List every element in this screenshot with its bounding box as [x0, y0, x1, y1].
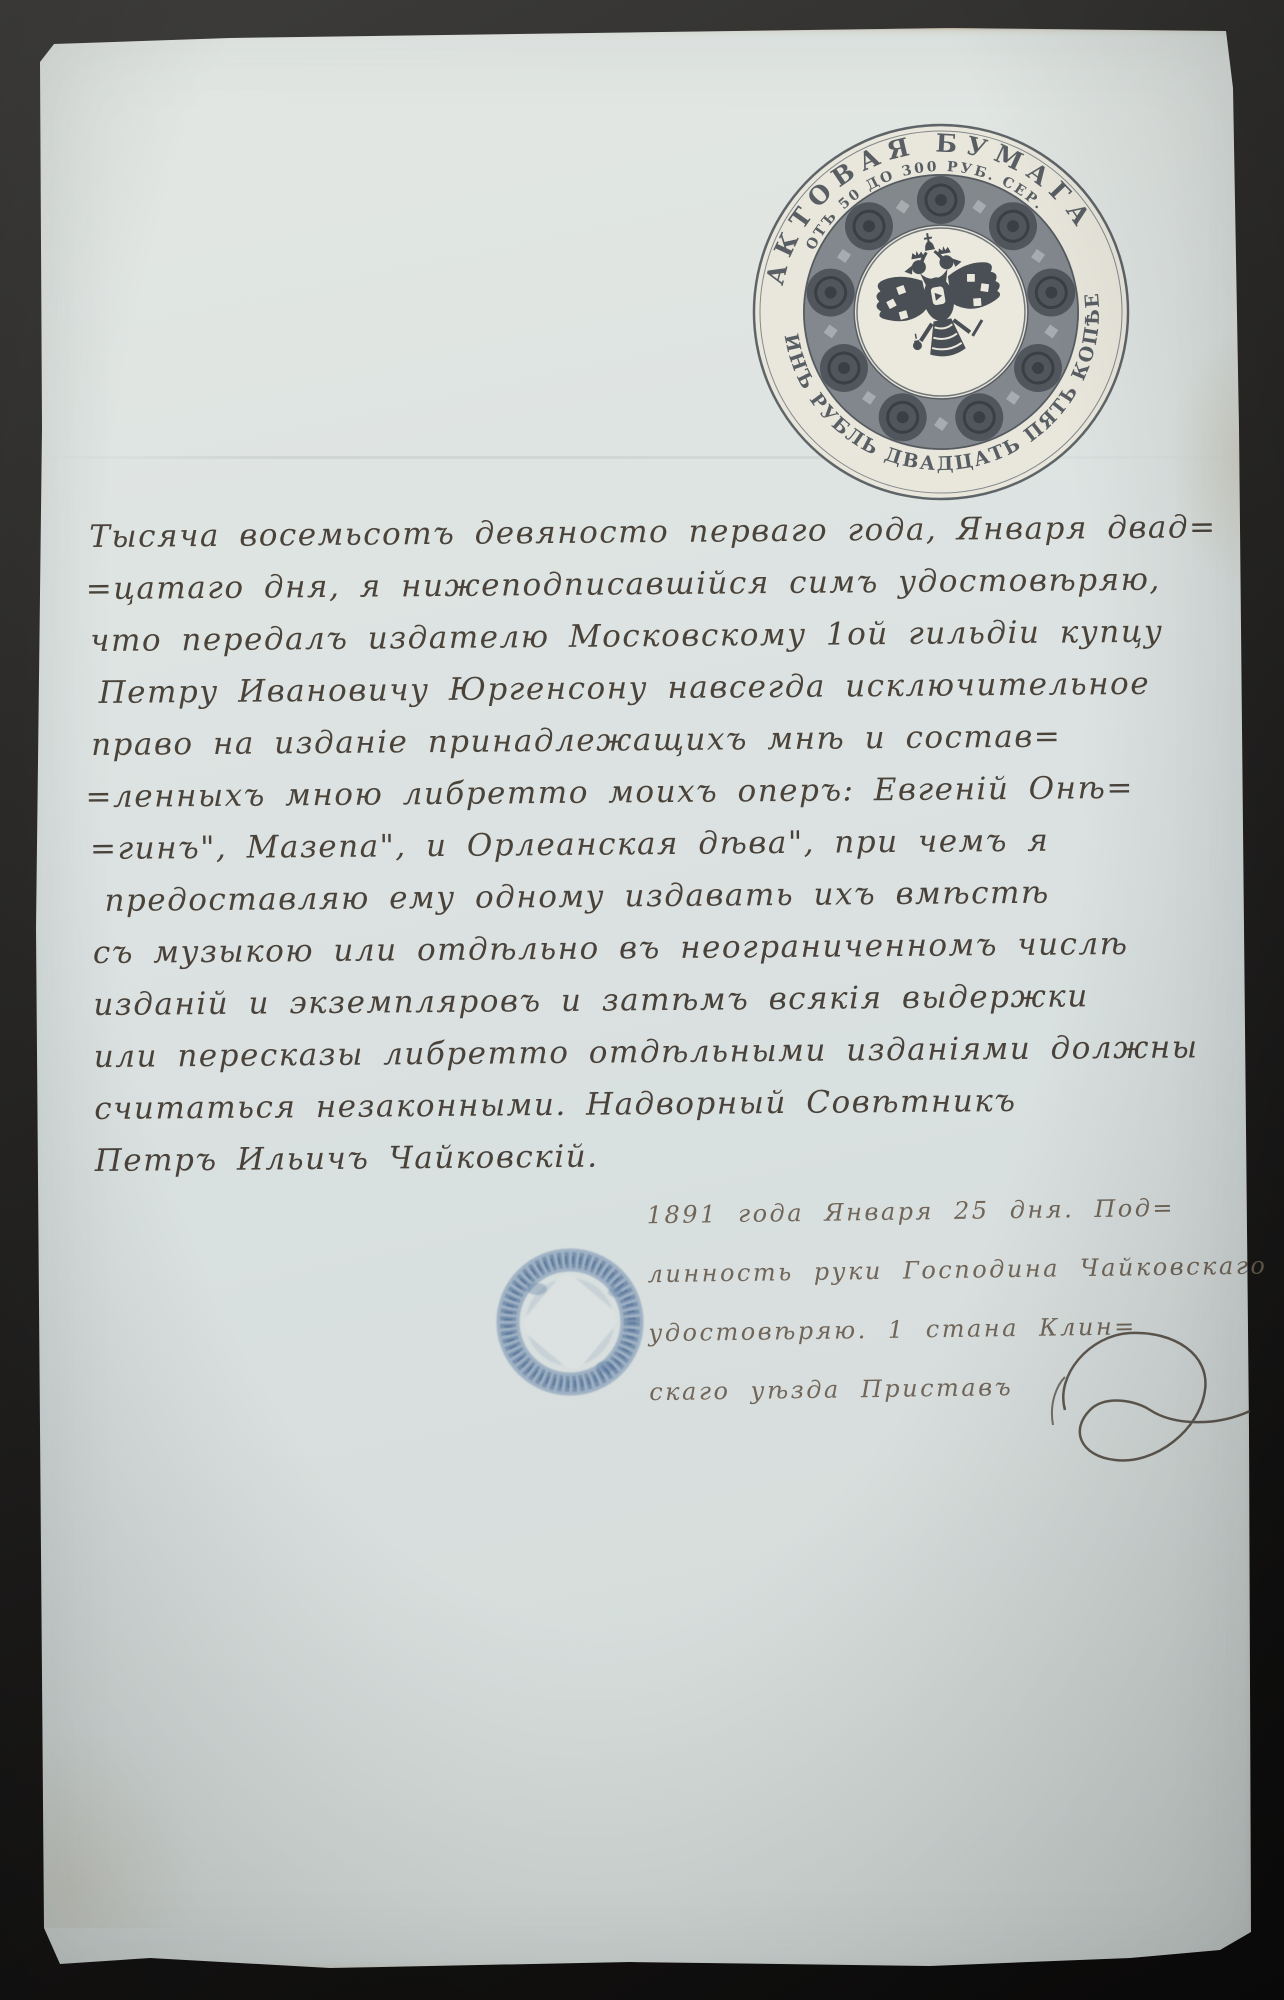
photo-background: АКТОВАЯ БУМАГА ОТЪ 50 ДО 300 РУБ. СЕР. О…: [0, 0, 1284, 2000]
manuscript-line: Петръ Ильичъ Чайковскій.: [95, 1125, 1247, 1187]
paper-stain: [40, 1728, 200, 1928]
attestation-line: линность руки Господина Чайковскаго: [647, 1237, 1248, 1304]
ink-stamp: [485, 1237, 655, 1407]
manuscript-line: =ленныхъ мною либретто моихъ оперъ: Евге…: [85, 761, 1243, 823]
manuscript-text: Тысяча восемьсотъ девяносто перваго года…: [89, 501, 1247, 1187]
manuscript-line: или пересказы либретто отдѣльными издані…: [94, 1021, 1246, 1083]
revenue-stamp: АКТОВАЯ БУМАГА ОТЪ 50 ДО 300 РУБ. СЕР. О…: [709, 80, 1172, 543]
signature-flourish: [1035, 1315, 1265, 1485]
attestation-line: 1891 года Января 25 дня. Под=: [646, 1178, 1247, 1245]
manuscript-line: Петру Ивановичу Юргенсону навсегда исклю…: [98, 657, 1242, 719]
